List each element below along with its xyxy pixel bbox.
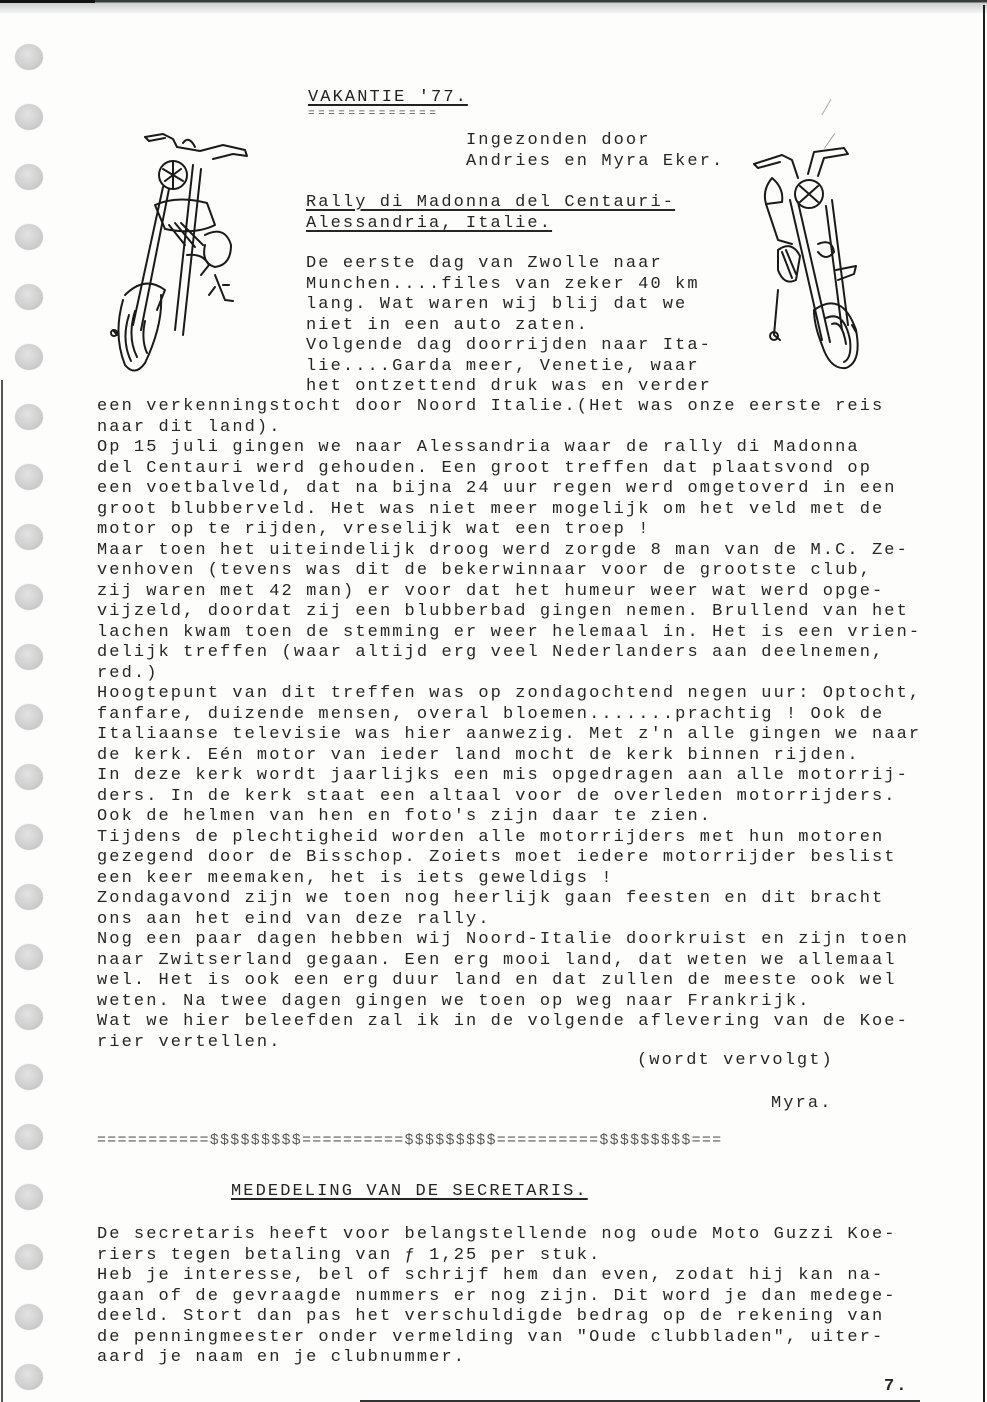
text-line: groot blubberveld. Het was niet meer mog…: [97, 500, 927, 521]
binding-hole: [15, 164, 43, 190]
binding-hole: [15, 104, 43, 130]
article-subtitle-line-2: Alessandria, Italie.: [306, 214, 552, 235]
text-line: delijk treffen (waar altijd erg veel Ned…: [97, 643, 927, 664]
binding-hole: [15, 884, 43, 910]
continued-note: (wordt vervolgt): [637, 1051, 834, 1072]
text-line: een voetbalveld, dat na bijna 24 uur reg…: [97, 479, 927, 500]
dollar-separator: ===========$$$$$$$$$==========$$$$$$$$$=…: [97, 1132, 722, 1150]
signature: Myra.: [771, 1094, 833, 1115]
text-line: niet in een auto zaten.: [306, 316, 987, 337]
notice-body: De secretaris heeft voor belangstellende…: [97, 1225, 927, 1369]
article-body: een verkenningstocht door Noord Italie.(…: [97, 397, 927, 1053]
text-line: Nog een paar dagen hebben wij Noord-Ital…: [97, 930, 927, 951]
text-line: lachen kwam toen de stemming er weer hel…: [97, 623, 927, 644]
stray-mark: [822, 99, 832, 115]
binding-hole: [15, 344, 43, 370]
scan-right-edge: [983, 5, 985, 1402]
text-line: Hoogtepunt van dit treffen was op zondag…: [97, 684, 927, 705]
binding-hole: [15, 584, 43, 610]
text-line: Heb je interesse, bel of schrijf hem dan…: [97, 1266, 927, 1287]
binding-hole: [15, 464, 43, 490]
byline-line-1: Ingezonden door: [466, 131, 651, 152]
text-line: Zondagavond zijn we toen nog heerlijk ga…: [97, 889, 927, 910]
text-line: het ontzettend druk was en verder: [306, 377, 987, 398]
motorcycle-drawing-right: [752, 140, 867, 370]
text-line: gaan of de gevraagde nummers er nog zijn…: [97, 1287, 927, 1308]
article-subtitle-line-1: Rally di Madonna del Centauri-: [306, 193, 675, 214]
binding-hole: [15, 644, 43, 670]
text-line: aard je naam en je clubnummer.: [97, 1348, 927, 1369]
page-number: 7.: [884, 1377, 909, 1398]
text-line: rier vertellen.: [97, 1033, 927, 1054]
binding-hole: [15, 224, 43, 250]
text-line: wel. Het is ook een erg duur land en dat…: [97, 971, 927, 992]
binding-hole: [15, 404, 43, 430]
scan-top-edge: [0, 0, 987, 14]
binding-hole: [15, 524, 43, 550]
text-line: naar dit land).: [97, 418, 927, 439]
text-line: ders. In de kerk staat een altaal voor d…: [97, 787, 927, 808]
text-line: gezegend door de Bisschop. Zoiets moet i…: [97, 848, 927, 869]
text-line: ons aan het eind van deze rally.: [97, 910, 927, 931]
text-line: lang. Wat waren wij blij dat we: [306, 295, 987, 316]
text-line: deeld. Stort dan pas het verschuldigde b…: [97, 1307, 927, 1328]
text-line: Wat we hier beleefden zal ik in de volge…: [97, 1012, 927, 1033]
text-line: naar Zwitserland gegaan. Een erg mooi la…: [97, 951, 927, 972]
text-line: Munchen....files van zeker 40 km: [306, 275, 987, 296]
text-line: een keer meemaken, het is iets geweldigs…: [97, 869, 927, 890]
text-line: red.): [97, 664, 927, 685]
binding-hole: [15, 704, 43, 730]
binding-hole: [15, 1364, 43, 1390]
binding-hole: [15, 764, 43, 790]
text-line: In deze kerk wordt jaarlijks een mis opg…: [97, 766, 927, 787]
text-line: Volgende dag doorrijden naar Ita-: [306, 336, 987, 357]
text-line: motor op te rijden, vreselijk wat een tr…: [97, 520, 927, 541]
text-line: riers tegen betaling van ƒ 1,25 per stuk…: [97, 1246, 927, 1267]
text-line: een verkenningstocht door Noord Italie.(…: [97, 397, 927, 418]
text-line: venhoven (tevens was dit de bekerwinnaar…: [97, 561, 927, 582]
binding-hole: [15, 1244, 43, 1270]
title-double-rule: =============: [308, 109, 439, 119]
motorcycle-drawing-left: [105, 125, 255, 380]
text-line: de penningmeester onder vermelding van "…: [97, 1328, 927, 1349]
text-line: vijzeld, doordat zij een blubberbad ging…: [97, 602, 927, 623]
text-line: del Centauri werd gehouden. Een groot tr…: [97, 459, 927, 480]
text-line: Maar toen het uiteindelijk droog werd zo…: [97, 541, 927, 562]
binding-hole: [15, 1124, 43, 1150]
byline-line-2: Andries en Myra Eker.: [466, 152, 724, 173]
article-title: VAKANTIE '77.: [308, 88, 468, 108]
text-line: fanfare, duizende mensen, overal bloemen…: [97, 705, 927, 726]
binding-hole: [15, 824, 43, 850]
text-line: zij waren met 42 man) er voor dat het hu…: [97, 582, 927, 603]
binding-hole: [15, 1304, 43, 1330]
binding-hole: [15, 1004, 43, 1030]
intro-paragraph: De eerste dag van Zwolle naar Munchen...…: [306, 254, 987, 398]
binding-hole: [15, 284, 43, 310]
binding-hole: [15, 1184, 43, 1210]
binding-hole: [15, 44, 43, 70]
binding-hole: [15, 944, 43, 970]
text-line: Italiaanse televisie was hier aanwezig. …: [97, 725, 927, 746]
text-line: lie....Garda meer, Venetie, waar: [306, 357, 987, 378]
scan-left-edge: [1, 380, 3, 1402]
notice-title: MEDEDELING VAN DE SECRETARIS.: [231, 1182, 588, 1203]
text-line: de kerk. Eén motor van ieder land mocht …: [97, 746, 927, 767]
text-line: weten. Na twee dagen gingen we toen op w…: [97, 992, 927, 1013]
binding-hole: [15, 1064, 43, 1090]
text-line: Op 15 juli gingen we naar Alessandria wa…: [97, 438, 927, 459]
text-line: Tijdens de plechtigheid worden alle moto…: [97, 828, 927, 849]
text-line: De eerste dag van Zwolle naar: [306, 254, 987, 275]
text-line: De secretaris heeft voor belangstellende…: [97, 1225, 927, 1246]
text-line: Ook de helmen van hen en foto's zijn daa…: [97, 807, 927, 828]
scan-top-edge-dark: [0, 0, 95, 3]
